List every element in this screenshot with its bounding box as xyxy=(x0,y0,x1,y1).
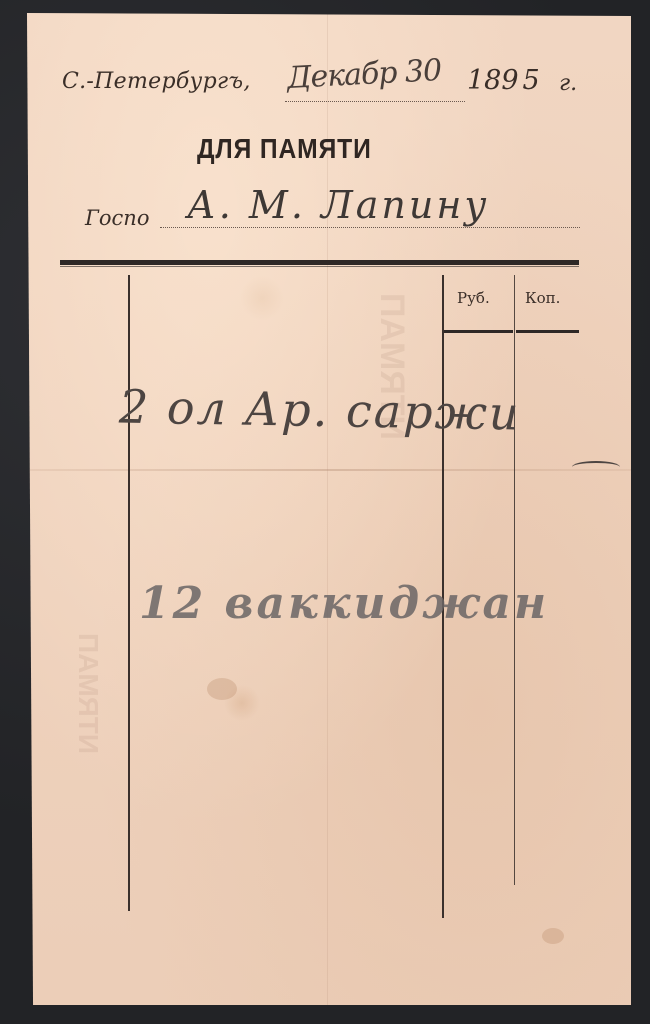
horizontal-fold-crease xyxy=(27,469,631,471)
column-header-kopecks: Коп. xyxy=(525,289,560,307)
entry-line-1-flourish xyxy=(572,461,620,473)
addressee-name-handwritten: А. М. Лапину xyxy=(187,183,489,227)
memo-title: ДЛЯ ПАМЯТИ xyxy=(197,133,372,165)
entry-line-1: 2 ол Ар. саржи xyxy=(119,379,521,440)
stain-spot xyxy=(207,678,237,700)
memo-sheet: ПАМЯТИ ПАМЯТИ С.-Петербургъ, Декабр 30 1… xyxy=(27,13,631,1005)
header-rule xyxy=(60,260,579,265)
column-header-rubles: Руб. xyxy=(457,289,490,307)
date-dotted-line xyxy=(285,101,465,102)
year-handwritten-digit: 5 xyxy=(523,65,540,96)
handwritten-date: Декабр 30 xyxy=(286,53,442,96)
rubles-header-underline xyxy=(444,330,513,333)
stain-spot xyxy=(542,928,564,944)
header-rule-thin xyxy=(60,266,579,267)
year-suffix: г. xyxy=(559,71,577,96)
addressee-dotted-line xyxy=(160,227,580,228)
left-margin-line xyxy=(128,275,130,911)
entry-line-2: 12 ваккиджан xyxy=(139,578,549,629)
year-prefix: 189 xyxy=(467,65,519,96)
bleed-through-text: ПАМЯТИ xyxy=(72,633,104,754)
year-printed: 1895 xyxy=(467,65,540,96)
kopecks-header-underline xyxy=(516,330,579,333)
addressee-label: Госпо xyxy=(85,206,149,230)
city-label: С.-Петербургъ, xyxy=(62,69,251,94)
